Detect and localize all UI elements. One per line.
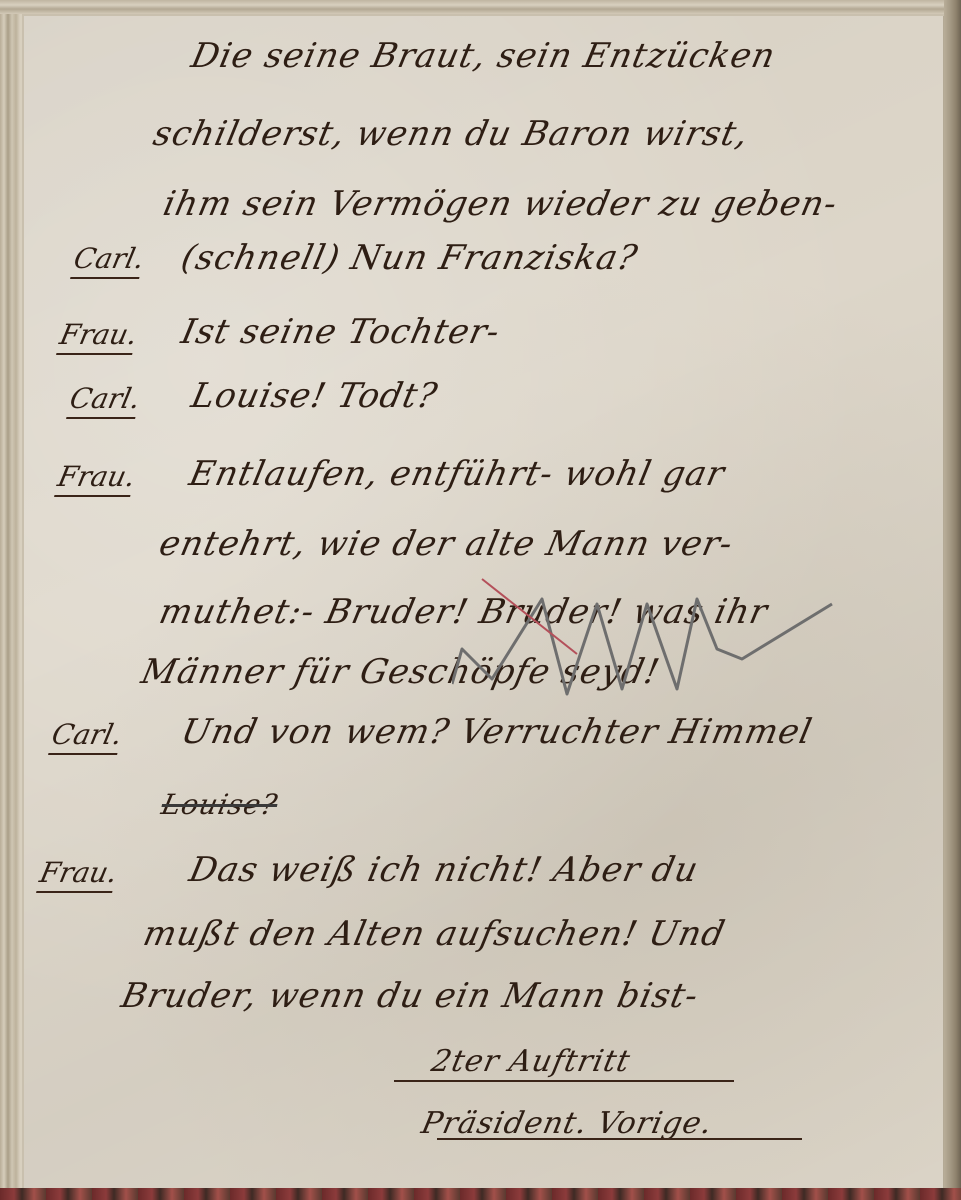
text-line-7: Entlaufen, entführt- wohl gar (186, 454, 729, 494)
speaker-label: Frau. (36, 856, 120, 893)
stage-direction-underline (437, 1138, 802, 1140)
red-pencil-mark (477, 574, 587, 664)
book-edge-top (0, 0, 961, 14)
speaker-label: Frau. (56, 318, 140, 355)
speaker-label: Carl. (66, 382, 143, 419)
speaker-label: Carl. (70, 242, 147, 279)
scene-heading: 2ter Auftritt (428, 1044, 633, 1079)
text-line-1: Die seine Braut, sein Entzücken (188, 36, 780, 76)
book-edge-left (0, 0, 22, 1200)
text-line-4: (schnell) Nun Franziska? (178, 238, 642, 278)
text-line-15: Bruder, wenn du ein Mann bist- (118, 976, 703, 1016)
text-line-2: schilderst, wenn du Baron wirst, (150, 114, 753, 154)
text-line-3: ihm sein Vermögen wieder zu geben- (160, 184, 841, 224)
text-line-6: Louise! Todt? (188, 376, 442, 416)
speaker-label: Frau. (54, 460, 138, 497)
struck-text-line: Louise? (158, 788, 280, 821)
manuscript-page: Die seine Braut, sein Entzücken schilder… (22, 14, 944, 1188)
book-edge-right (944, 0, 961, 1200)
speaker-label: Carl. (48, 718, 125, 755)
text-line-13: Das weiß ich nicht! Aber du (186, 850, 703, 890)
text-line-14: mußt den Alten aufsuchen! Und (140, 914, 729, 954)
marbled-binding (0, 1188, 961, 1200)
text-line-11: Und von wem? Verruchter Himmel (178, 712, 816, 752)
text-line-8: entehrt, wie der alte Mann ver- (156, 524, 737, 564)
text-line-5: Ist seine Tochter- (178, 312, 504, 352)
heading-underline (394, 1080, 734, 1082)
stage-direction: Präsident. Vorige. (418, 1106, 716, 1141)
